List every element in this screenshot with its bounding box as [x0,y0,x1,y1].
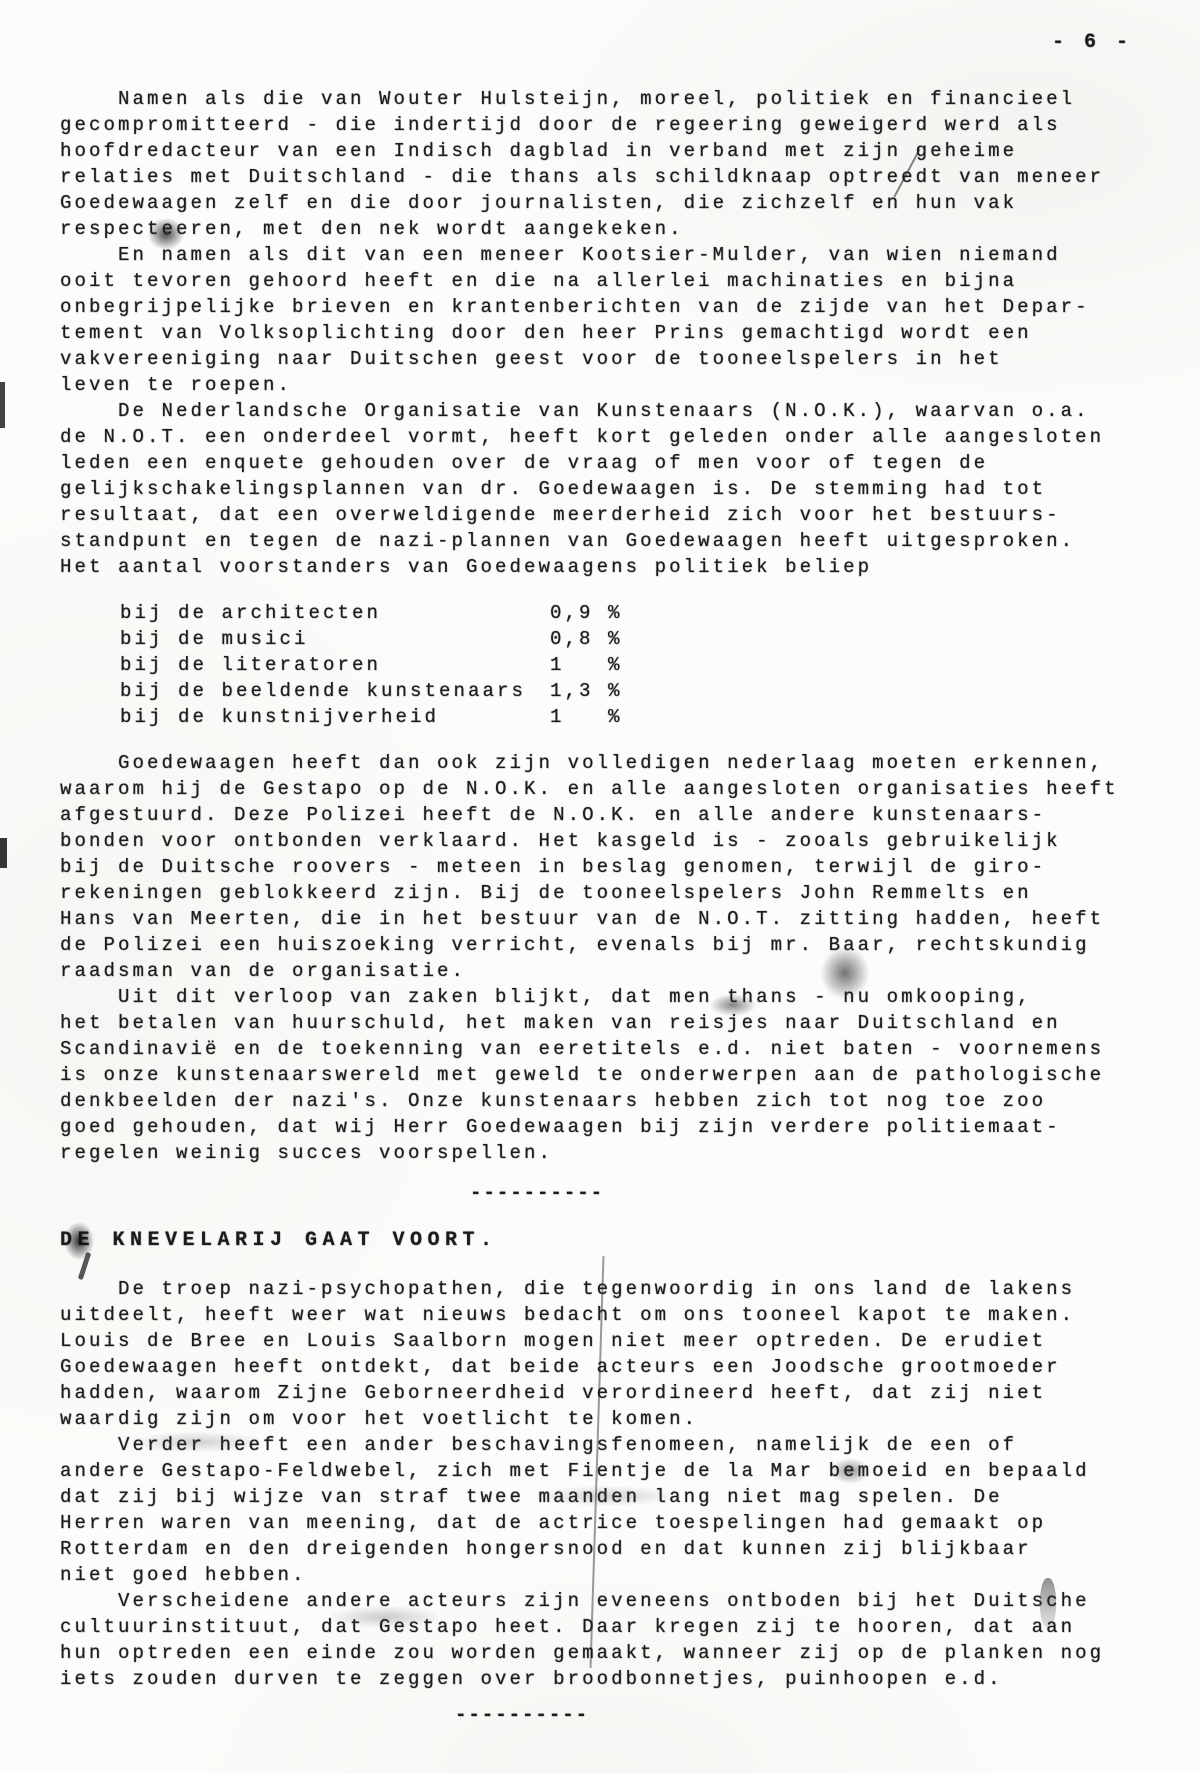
paragraph-kootsier-mulder: En namen als dit van een meneer Kootsier… [60,242,1140,398]
text-line: afgestuurd. Deze Polizei heeft de N.O.K.… [60,802,1140,828]
paragraph-nok-enquete: De Nederlandsche Organisatie van Kunsten… [60,398,1140,580]
paragraph-fientje-de-la-mar: Verder heeft een ander beschavingsfenome… [60,1432,1140,1588]
text-line: uitdeelt, heeft weer wat nieuws bedacht … [60,1302,1140,1328]
section-divider: ---------- [470,1180,1140,1206]
text-line: Herren waren van meening, dat de actrice… [60,1510,1140,1536]
text-line: waardig zijn om voor het voetlicht te ko… [60,1406,1140,1432]
paragraph-verloop-van-zaken: Uit dit verloop van zaken blijkt, dat me… [60,984,1140,1166]
stat-value: 1 % [550,704,623,730]
stat-label: bij de beeldende kunstenaars [120,678,550,704]
text-line: regelen weinig succes voorspellen. [60,1140,1140,1166]
text-line: leden een enquete gehouden over de vraag… [60,450,1140,476]
page-content: Namen als die van Wouter Hulsteijn, more… [0,0,1200,1728]
text-line: respecteeren, met den nek wordt aangekek… [60,216,1140,242]
stat-row: bij de literatoren1 % [120,652,1140,678]
text-line: Goedewaagen heeft dan ook zijn volledige… [60,750,1140,776]
text-line: Goedewaagen zelf en die door journaliste… [60,190,1140,216]
text-line: hoofdredacteur van een Indisch dagblad i… [60,138,1140,164]
paragraph-cultuurinstituut: Verscheidene andere acteurs zijn eveneen… [60,1588,1140,1692]
scanned-document-page: - 6 - Namen als die van Wouter Hulsteijn… [0,0,1200,1773]
stat-label: bij de literatoren [120,652,550,678]
stat-label: bij de musici [120,626,550,652]
text-line: goed gehouden, dat wij Herr Goedewaagen … [60,1114,1140,1140]
voorstanders-stats-list: bij de architecten0,9 %bij de musici0,8 … [120,600,1140,730]
text-line: de Polizei een huiszoeking verricht, eve… [60,932,1140,958]
text-line: niet goed hebben. [60,1562,1140,1588]
text-line: hun optreden een einde zou worden gemaak… [60,1640,1140,1666]
text-line: standpunt en tegen de nazi-plannen van G… [60,528,1140,554]
text-line: tement van Volksoplichting door den heer… [60,320,1140,346]
paragraph-de-bree-saalborn: De troep nazi-psychopathen, die tegenwoo… [60,1276,1140,1432]
stat-value: 0,8 % [550,626,623,652]
text-line: hadden, waarom Zijne Geborneerdheid vero… [60,1380,1140,1406]
text-line: cultuurinstituut, dat Gestapo heet. Daar… [60,1614,1140,1640]
text-line: denkbeelden der nazi's. Onze kunstenaars… [60,1088,1140,1114]
paragraph-hulsteijn: Namen als die van Wouter Hulsteijn, more… [60,86,1140,242]
text-line: Scandinavië en de toekenning van eeretit… [60,1036,1140,1062]
text-line: andere Gestapo-Feldwebel, zich met Fient… [60,1458,1140,1484]
text-line: resultaat, dat een overweldigende meerde… [60,502,1140,528]
text-line: het betalen van huurschuld, het maken va… [60,1010,1140,1036]
text-line: relaties met Duitschland - die thans als… [60,164,1140,190]
text-line: is onze kunstenaarswereld met geweld te … [60,1062,1140,1088]
text-line: Het aantal voorstanders van Goedewaagens… [60,554,1140,580]
text-line: Verscheidene andere acteurs zijn eveneen… [60,1588,1140,1614]
stat-row: bij de kunstnijverheid1 % [120,704,1140,730]
text-line: raadsman van de organisatie. [60,958,1140,984]
text-line: Hans van Meerten, die in het bestuur van… [60,906,1140,932]
text-line: gelijkschakelingsplannen van dr. Goedewa… [60,476,1140,502]
text-line: gecompromitteerd - die indertijd door de… [60,112,1140,138]
stat-value: 0,9 % [550,600,623,626]
text-line: iets zouden durven te zeggen over broodb… [60,1666,1140,1692]
text-line: bij de Duitsche roovers - meteen in besl… [60,854,1140,880]
text-line: Verder heeft een ander beschavingsfenome… [60,1432,1140,1458]
paragraph-gestapo-nok: Goedewaagen heeft dan ook zijn volledige… [60,750,1140,984]
text-line: waarom hij de Gestapo op de N.O.K. en al… [60,776,1140,802]
stat-value: 1,3 % [550,678,623,704]
stat-row: bij de architecten0,9 % [120,600,1140,626]
text-line: dat zij bij wijze van straf twee maanden… [60,1484,1140,1510]
text-line: de N.O.T. een onderdeel vormt, heeft kor… [60,424,1140,450]
text-line: Louis de Bree en Louis Saalborn mogen ni… [60,1328,1140,1354]
text-line: leven te roepen. [60,372,1140,398]
text-line: Rotterdam en den dreigenden hongersnood … [60,1536,1140,1562]
text-line: Uit dit verloop van zaken blijkt, dat me… [60,984,1140,1010]
text-line: Namen als die van Wouter Hulsteijn, more… [60,86,1140,112]
section-divider: ---------- [455,1702,1140,1728]
text-line: vakvereeniging naar Duitschen geest voor… [60,346,1140,372]
section-heading: DE KNEVELARIJ GAAT VOORT. [60,1228,1140,1254]
text-line: Goedewaagen heeft ontdekt, dat beide act… [60,1354,1140,1380]
stat-label: bij de kunstnijverheid [120,704,550,730]
stat-row: bij de musici0,8 % [120,626,1140,652]
text-line: De troep nazi-psychopathen, die tegenwoo… [60,1276,1140,1302]
stat-row: bij de beeldende kunstenaars1,3 % [120,678,1140,704]
text-line: rekeningen geblokkeerd zijn. Bij de toon… [60,880,1140,906]
text-line: bonden voor ontbonden verklaard. Het kas… [60,828,1140,854]
text-line: onbegrijpelijke brieven en krantenberich… [60,294,1140,320]
stat-label: bij de architecten [120,600,550,626]
text-line: En namen als dit van een meneer Kootsier… [60,242,1140,268]
text-line: De Nederlandsche Organisatie van Kunsten… [60,398,1140,424]
stat-value: 1 % [550,652,623,678]
text-line: ooit tevoren gehoord heeft en die na all… [60,268,1140,294]
